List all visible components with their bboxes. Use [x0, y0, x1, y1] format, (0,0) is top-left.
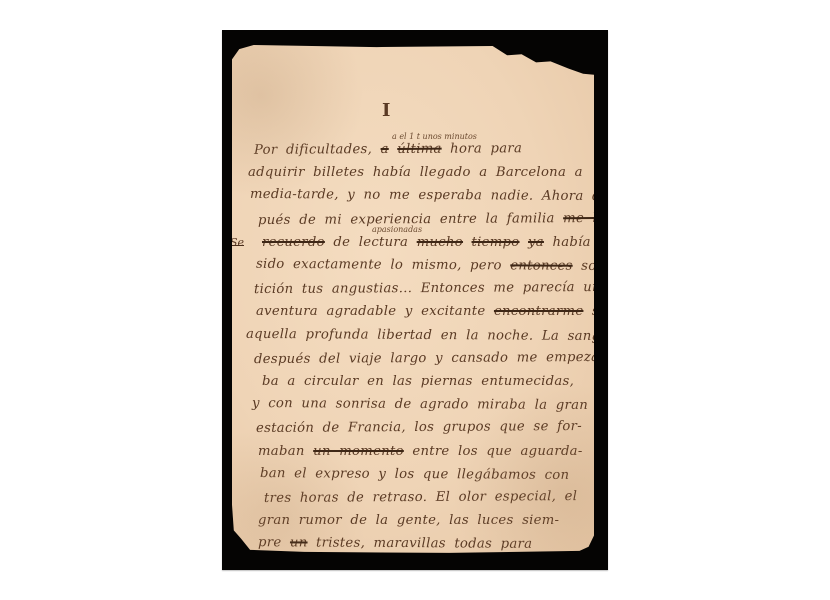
struck-word: ya: [528, 235, 544, 250]
manuscript-line: aquella profunda libertad en la noche. L…: [246, 326, 594, 343]
chapter-heading: I: [382, 100, 390, 121]
text-run: media-tarde, y no me esperaba nadie. Aho…: [250, 187, 594, 204]
manuscript-line: aventura agradable y excitante encontrar…: [256, 304, 594, 319]
text-run: tres horas de retraso. El olor especial,…: [264, 489, 577, 506]
struck-word: entonces: [510, 258, 572, 273]
text-run: después del viaje largo y cansado me emp…: [254, 350, 594, 367]
interlinear-insertion: a el 1 t unos minutos: [392, 132, 477, 141]
text-run: tición tus angustias... Entonces me pare…: [254, 280, 594, 297]
struck-word: recuerdo: [262, 235, 325, 250]
text-run: sola: [583, 304, 594, 319]
struck-word: un momento: [313, 444, 404, 459]
viewer-canvas: I a el 1 t unos minutos apasionadas Se P…: [0, 0, 830, 600]
text-run: aventura agradable y excitante: [256, 304, 494, 319]
text-run: [520, 235, 529, 250]
text-run: de lectura: [325, 235, 417, 250]
manuscript-line: estación de Francia, los grupos que se f…: [256, 419, 582, 436]
manuscript-line: después del viaje largo y cansado me emp…: [254, 350, 594, 367]
manuscript-line: recuerdo de lectura mucho tiempo ya habí…: [262, 235, 591, 250]
struck-word: mucho: [417, 235, 463, 250]
text-run: ba a circular en las piernas entumecidas…: [262, 374, 574, 389]
text-run: ban el expreso y los que llegábamos con: [260, 466, 569, 483]
manuscript-line: ban el expreso y los que llegábamos con: [260, 466, 569, 483]
struck-word: a: [381, 142, 389, 157]
text-run: y con una sonrisa de agrado miraba la gr…: [252, 396, 588, 413]
manuscript-line: adquirir billetes había llegado a Barcel…: [248, 165, 583, 180]
manuscript-line: maban un momento entre los que aguarda-: [258, 444, 583, 459]
text-run: son repe-: [573, 259, 594, 274]
struck-word: encontrarme: [494, 304, 584, 319]
manuscript-line: tres horas de retraso. El olor especial,…: [264, 489, 577, 506]
manuscript-line: tición tus angustias... Entonces me pare…: [254, 280, 594, 297]
text-run: adquirir billetes había llegado a Barcel…: [248, 165, 583, 180]
struck-word: última: [397, 142, 441, 157]
manuscript-line: sido exactamente lo mismo, pero entonces…: [256, 257, 594, 274]
text-run: sido exactamente lo mismo, pero: [256, 257, 510, 274]
margin-insertion-mark: [232, 245, 244, 247]
text-run: hora para: [442, 141, 523, 156]
text-run: tristes, maravillas todas para: [308, 536, 533, 552]
text-run: pués de mi experiencia entre la familia: [258, 211, 563, 228]
text-run: [463, 235, 472, 250]
manuscript-page: I a el 1 t unos minutos apasionadas Se P…: [232, 44, 594, 556]
struck-word: un: [290, 536, 308, 551]
manuscript-line: ba a circular en las piernas entumecidas…: [262, 374, 574, 389]
text-run: había: [544, 235, 591, 250]
text-run: Por dificultades,: [254, 142, 381, 158]
text-run: aquella profunda libertad en la noche. L…: [246, 326, 594, 343]
text-run: gran rumor de la gente, las luces siem-: [258, 513, 559, 528]
text-run: entre los que aguarda-: [404, 444, 583, 459]
manuscript-line: gran rumor de la gente, las luces siem-: [258, 513, 559, 528]
scan-background: I a el 1 t unos minutos apasionadas Se P…: [222, 30, 608, 570]
text-run: maban: [258, 444, 313, 459]
manuscript-line: Por dificultades, a última hora para: [254, 141, 522, 158]
margin-note: Se: [232, 236, 244, 249]
manuscript-line: pre un tristes, maravillas todas para: [258, 536, 532, 553]
manuscript-line: y con una sonrisa de agrado miraba la gr…: [252, 396, 588, 413]
struck-word: me he: [563, 211, 594, 226]
text-run: pre: [258, 536, 290, 551]
text-run: estación de Francia, los grupos que se f…: [256, 419, 582, 436]
manuscript-line: pués de mi experiencia entre la familia …: [258, 211, 594, 228]
struck-word: tiempo: [472, 235, 520, 250]
manuscript-line: media-tarde, y no me esperaba nadie. Aho…: [250, 187, 594, 204]
